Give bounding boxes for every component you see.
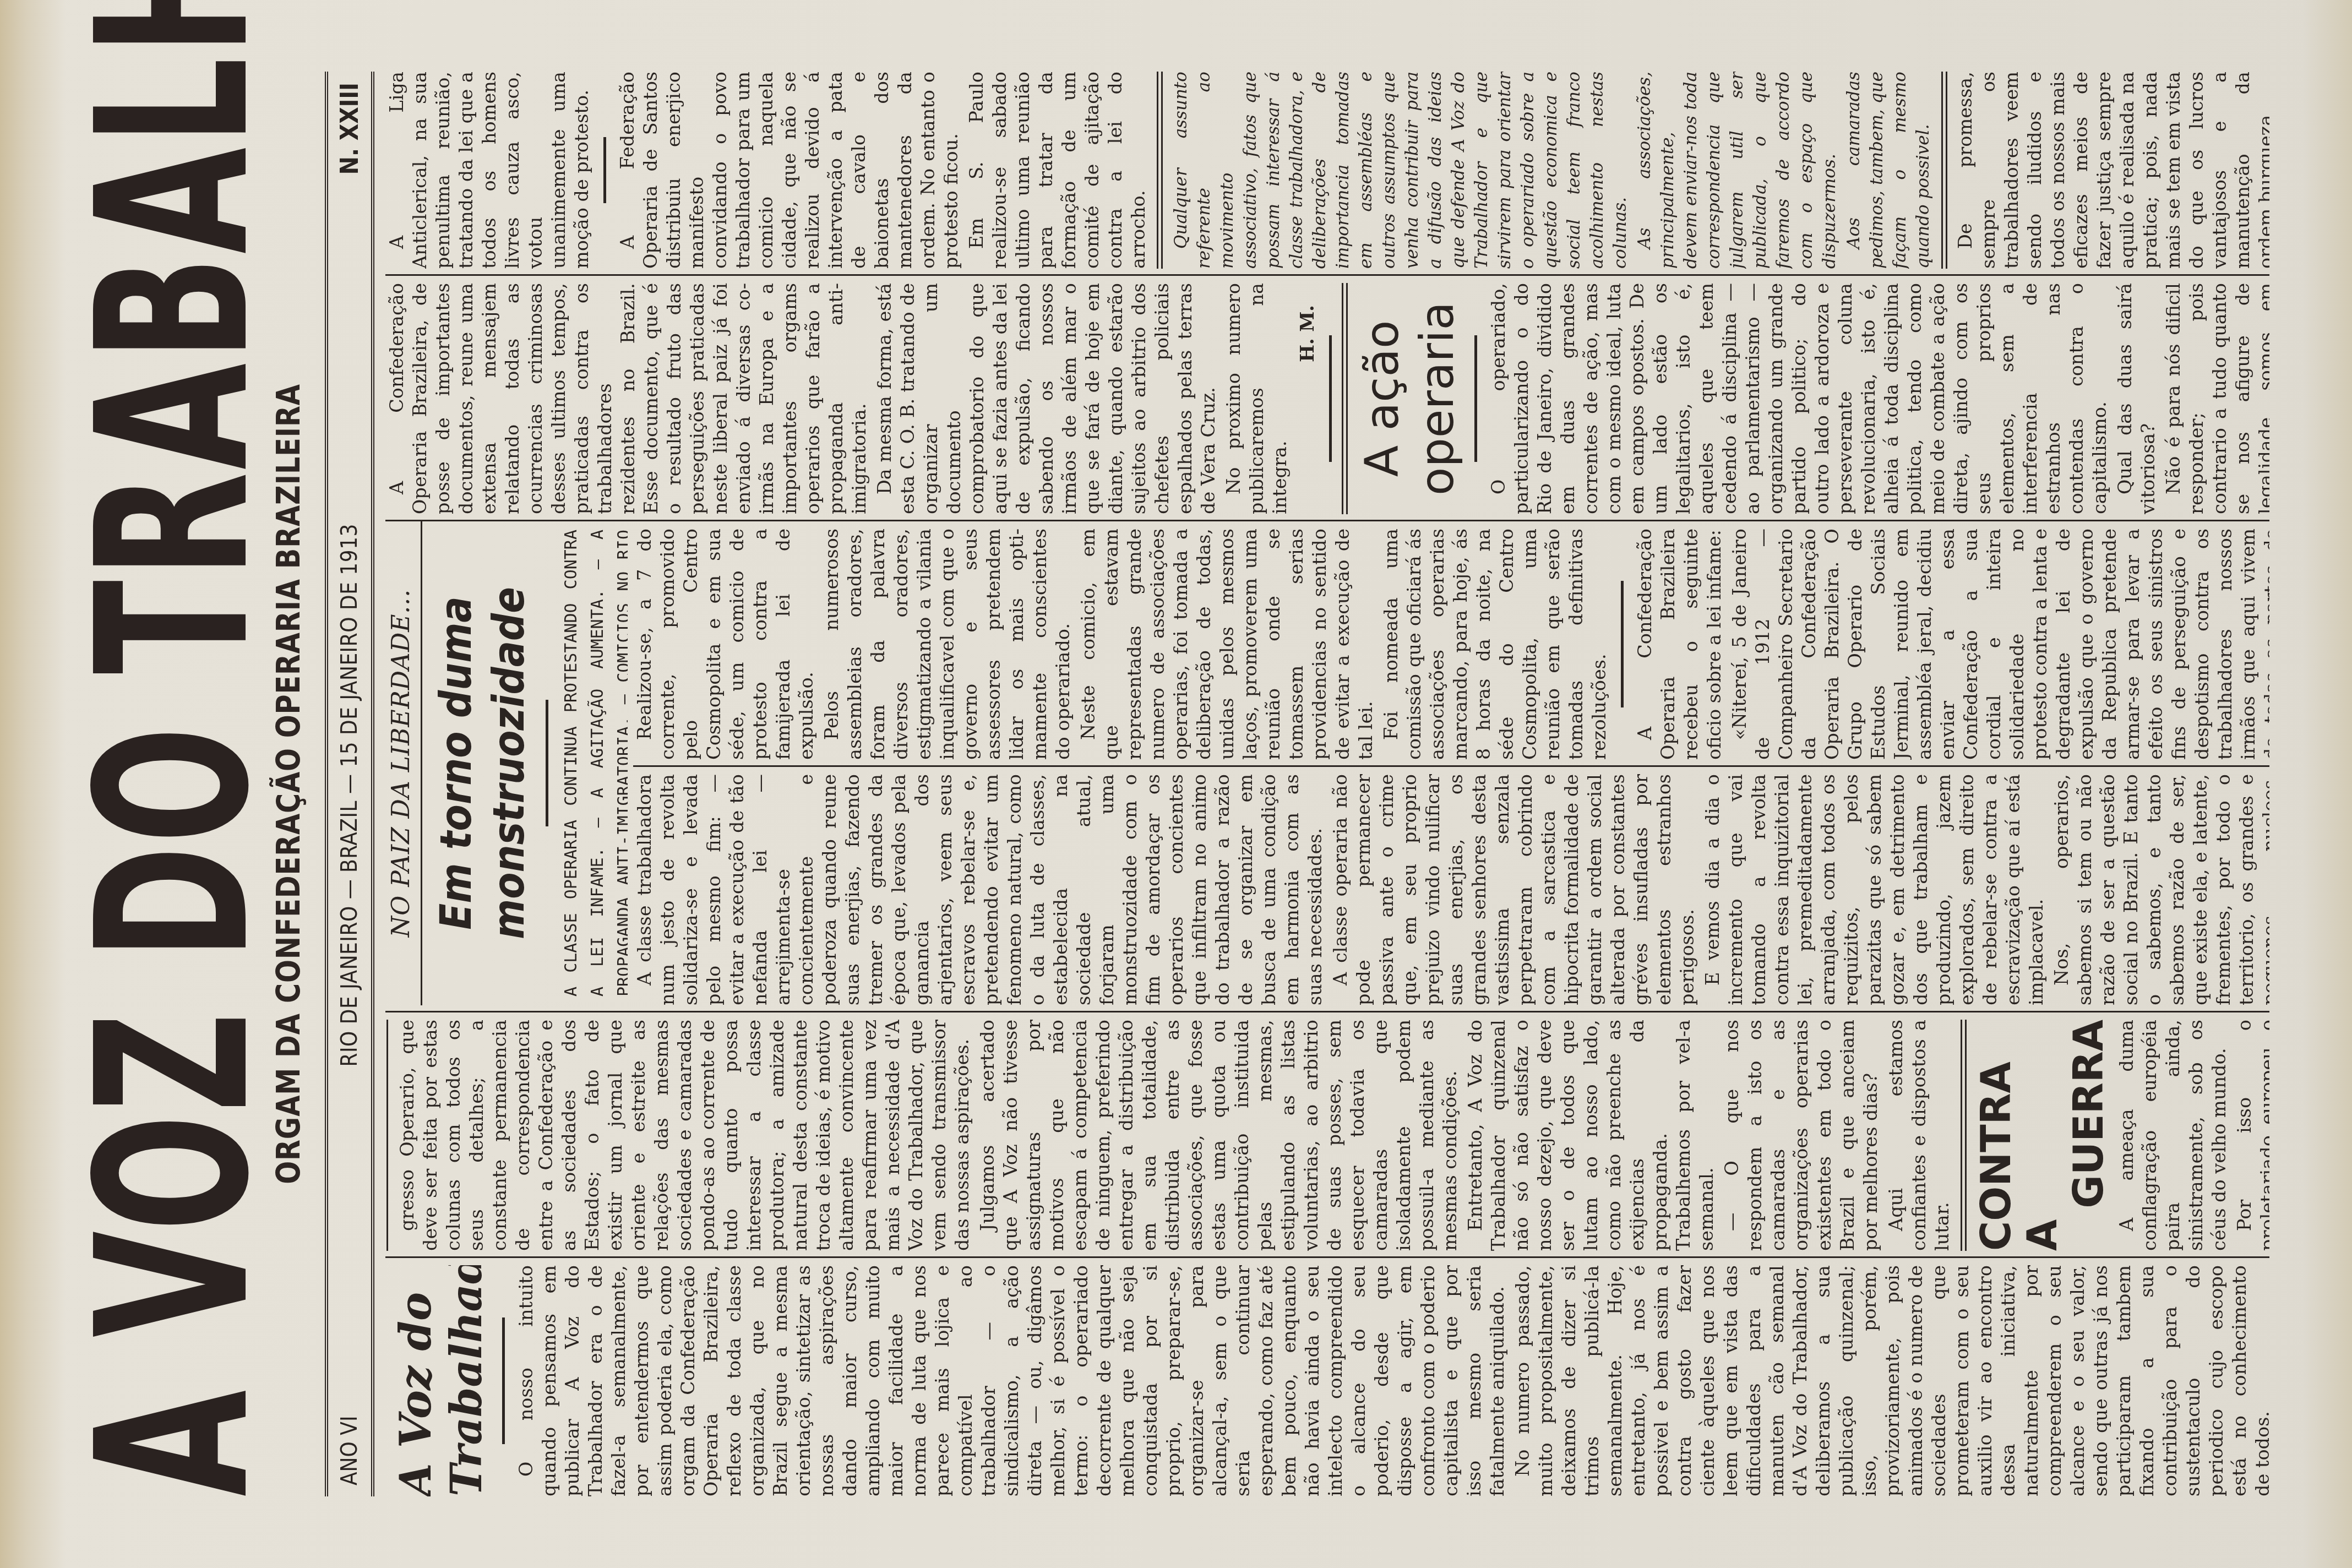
paragraph: Pelos numerosos assembleias oradores, fo… <box>820 529 1075 760</box>
section-double-rule <box>1961 1020 1967 1251</box>
paragraph: Foi nomeada uma comissão que oficiará ás… <box>1380 529 1611 760</box>
paragraph: A classe trabalhadora num jesto de revol… <box>633 774 1327 1005</box>
title-divider <box>546 700 548 826</box>
paragraph: E vemos dia a dia o incremento que vai t… <box>1701 774 2048 1005</box>
dateline-bar: ANO VI RIO DE JANEIRO — BRAZIL — 15 DE J… <box>325 72 374 1496</box>
kicker-rule <box>421 521 422 1005</box>
masthead-title: A VOZ DO TRABALHADOR <box>83 130 264 1496</box>
column-rule <box>385 520 2269 521</box>
place-date: RIO DE JANEIRO — BRAZIL — 15 DE JANEIRO … <box>337 524 362 1067</box>
section-divider <box>1329 335 1332 462</box>
section-rule <box>386 1020 388 1251</box>
title-divider <box>502 1317 505 1444</box>
paragraph: Qual das duas sairá vitoriosa? <box>2114 283 2160 514</box>
paragraph: O operariado, particularizando o do Rio … <box>1487 283 2111 514</box>
paragraph: No proximo numero publicaremos na integr… <box>1222 283 1292 514</box>
article-title-guerra: CONTRA A GUERRA <box>1973 1020 2112 1251</box>
section-double-rule <box>1342 283 1348 514</box>
paragraph: — O que nos respondem a isto os camarada… <box>1721 1020 1882 1251</box>
column-6: A Liga Anticlerical, na sua penultima re… <box>385 72 2269 269</box>
notice-rule <box>1157 72 1163 269</box>
column-4: Realizou-se, a 7 do corrente, promovido … <box>633 529 2269 760</box>
title-divider <box>1474 335 1477 462</box>
paragraph: No numero passado, muito propositalmente… <box>1511 1265 2269 1496</box>
issue-number: N. XXIII <box>336 83 364 175</box>
column-rule <box>385 1011 2269 1012</box>
paragraph: gresso Operario, que deve ser feita por … <box>396 1020 974 1251</box>
article-summary: A CLASSE OPERARIA CONTINUA PROTESTANDO C… <box>558 521 628 1005</box>
column-3: A classe trabalhadora num jesto de revol… <box>633 774 2269 1005</box>
paragraph: A Liga Anticlerical, na sua penultima re… <box>385 72 594 269</box>
column-rule <box>633 765 2269 767</box>
article-signature: H. M. <box>1296 283 1319 514</box>
notice-paragraph: As associações, principalmente, devem en… <box>1633 72 1841 269</box>
column-5: A Confederação Operaria Brazileira, de p… <box>385 283 2269 514</box>
article-body-voz: O nosso intuito quando pensamos em publi… <box>515 1265 2269 1496</box>
notice-rule <box>1941 72 1947 269</box>
column-2: gresso Operario, que deve ser feita por … <box>385 1020 2269 1251</box>
paragraph: Neste comicio, em que estavam representa… <box>1077 529 1378 760</box>
paragraph: Não é para nós dificil responder; pois c… <box>2162 283 2269 514</box>
paragraph: A Confederação Operaria Brazileira, de p… <box>385 283 871 514</box>
paragraph: Por isso o proletariado europeu, o maior… <box>2233 1020 2269 1251</box>
paragraph: De promessa, sempre os trabalhadores vee… <box>1954 72 2269 269</box>
article-title-acao-operaria: A ação operaria <box>1354 283 1464 514</box>
article-header-monstruozidade: NO PAIZ DA LIBERDADE... Em torno duma mo… <box>385 521 628 1005</box>
article-kicker: NO PAIZ DA LIBERDADE... <box>390 521 413 1005</box>
paragraph: Nos, operarios, sabemos si tem ou não ra… <box>2050 774 2269 1005</box>
masthead-subtitle: ORGAM DA CONFEDERAÇÃO OPERARIA BRAZILEIR… <box>270 118 308 1451</box>
paragraph: Da mesma forma, está esta C. O. B. trata… <box>873 283 1220 514</box>
paragraph: Aqui estamos confiantes e dispostos a lu… <box>1885 1020 1954 1251</box>
volume-year: ANO VI <box>337 1416 362 1485</box>
article-title-voz: A Voz do Trabalhador <box>391 1265 492 1496</box>
newspaper-page: A VOZ DO TRABALHADOR ORGAM DA CONFEDERAÇ… <box>0 0 2352 1568</box>
column-1: A Voz do Trabalhador O nosso intuito qua… <box>385 1265 2269 1496</box>
section-divider <box>603 137 606 203</box>
paper-stain-bottom <box>2302 0 2352 1568</box>
paragraph: A Federação Operaria de Santos distribui… <box>616 72 963 269</box>
notice-paragraph: Aos camaradas pedimos, tambem, que façam… <box>1842 72 1935 269</box>
paragraph: Realizou-se, a 7 do corrente, promovido … <box>633 529 818 760</box>
article-columns: A Voz do Trabalhador O nosso intuito qua… <box>385 72 2269 1496</box>
article-title-monstruozidade: Em torno duma monstruozidade <box>430 545 536 981</box>
paragraph: O nosso intuito quando pensamos em publi… <box>515 1265 1509 1496</box>
paragraph: A classe operaria não pode permanecer pa… <box>1329 774 1699 1005</box>
paragraph: Julgamos acertado que A Voz não tivesse … <box>976 1020 1462 1251</box>
section-divider <box>1621 581 1624 707</box>
editorial-notice: Qualquer assunto referente ao movimento … <box>1169 72 1935 269</box>
paragraph: «Nitereí, 5 de Janeiro de 1912 — Companh… <box>1728 529 2269 760</box>
paragraph: Em S. Paulo realizou-se sabado ultimo um… <box>965 72 1150 269</box>
paragraph: A Confederação Operaria Brazileira receb… <box>1634 529 1726 760</box>
notice-paragraph: Qualquer assunto referente ao movimento … <box>1169 72 1632 269</box>
paragraph: A ameaça duma conflagração européia pair… <box>2115 1020 2231 1251</box>
column-rule <box>385 1256 2269 1258</box>
paragraph: Entretanto, A Voz do Trabalhador quinzen… <box>1464 1020 1718 1251</box>
column-rule <box>385 274 2269 276</box>
